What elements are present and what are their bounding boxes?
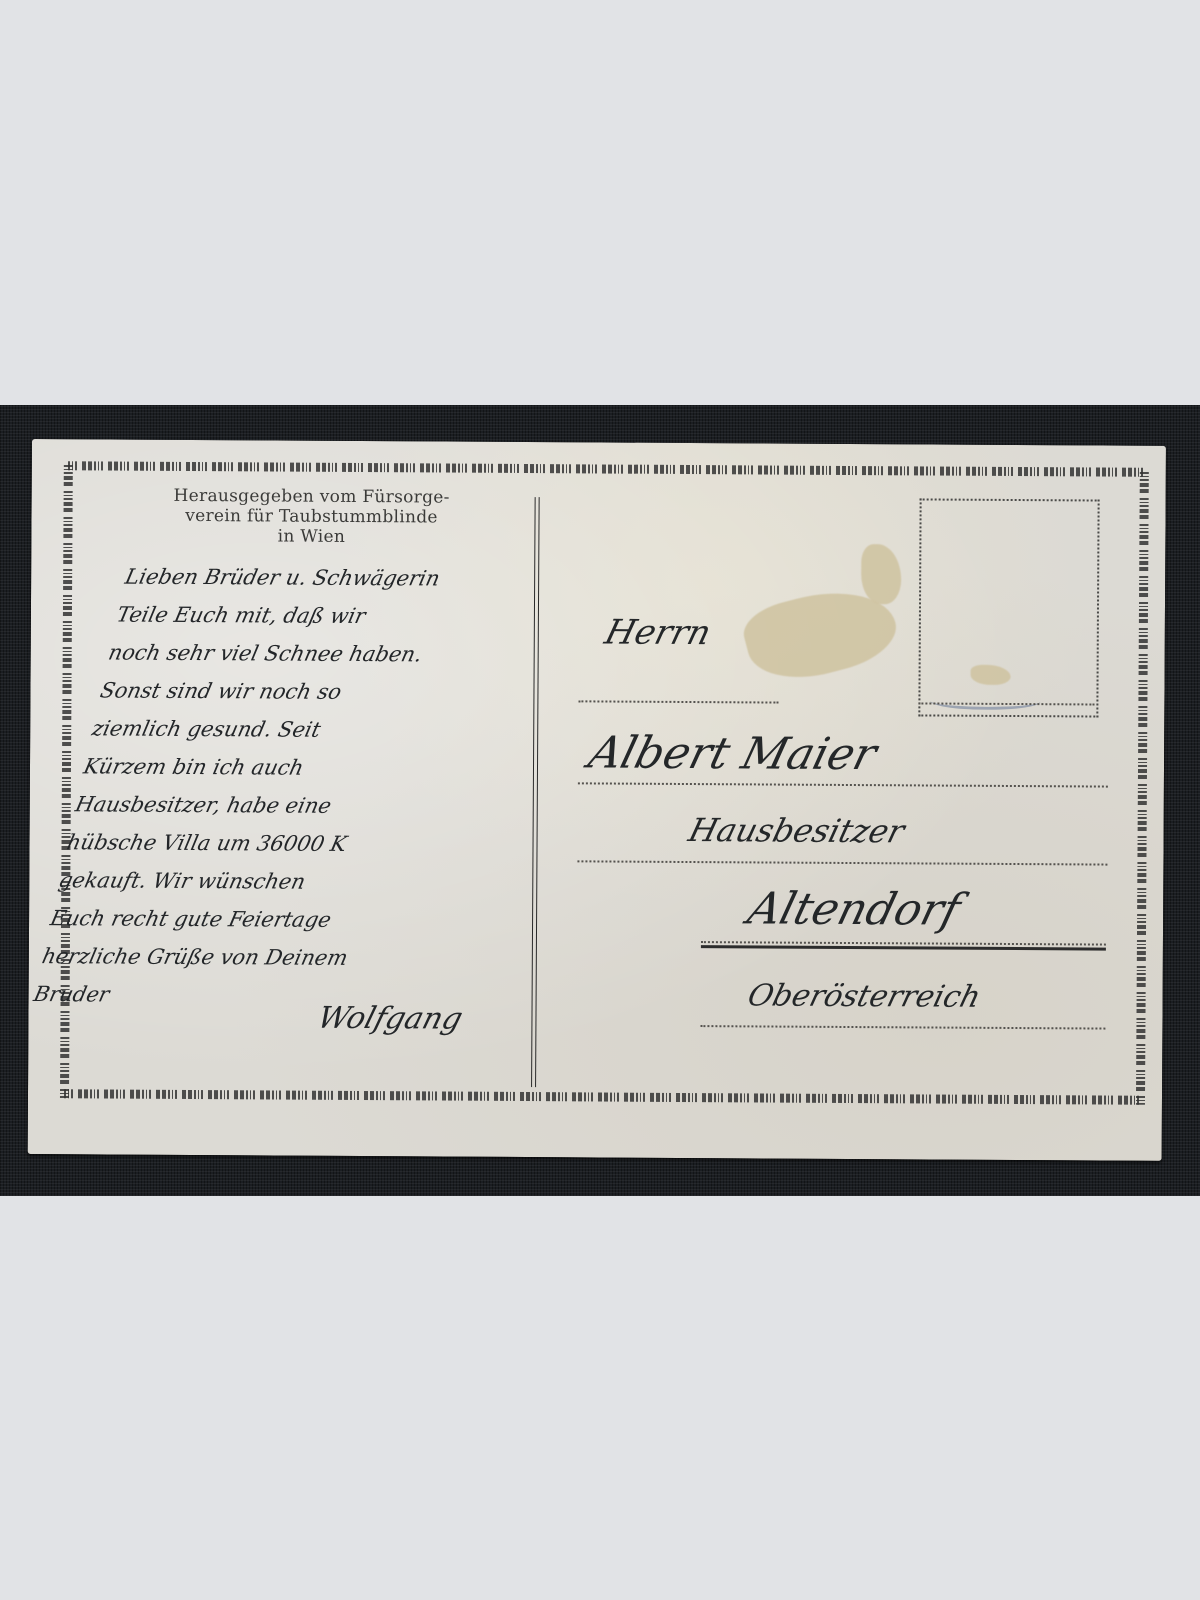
message-line: herzliche Grüße von Deinem bbox=[38, 937, 506, 978]
stamp-box bbox=[918, 498, 1099, 717]
address-region: Oberösterreich bbox=[744, 978, 984, 1014]
message-line: ziemlich gesund. Seit bbox=[88, 709, 556, 750]
postcard: Herausgegeben vom Fürsorge- verein für T… bbox=[28, 439, 1166, 1161]
address-town: Altendorf bbox=[743, 883, 966, 935]
message-line: Euch recht gute Feiertage bbox=[47, 899, 515, 940]
imprint-line-1: Herausgegeben vom Fürsorge- bbox=[102, 485, 522, 508]
publisher-imprint: Herausgegeben vom Fürsorge- verein für T… bbox=[101, 485, 521, 548]
message-line: gekauft. Wir wünschen bbox=[55, 861, 523, 902]
message-line: hübsche Villa um 36000 K bbox=[63, 823, 531, 864]
message-line: Lieben Brüder u. Schwägerin bbox=[121, 558, 589, 599]
border-bottom bbox=[64, 1089, 1144, 1105]
message-line: noch sehr viel Schnee haben. bbox=[105, 633, 573, 674]
stamp-residue bbox=[861, 544, 901, 604]
handwritten-message: Lieben Brüder u. Schwägerin Teile Euch m… bbox=[30, 558, 590, 1016]
address-occupation: Hausbesitzer bbox=[685, 811, 909, 850]
address-line-3 bbox=[577, 860, 1107, 865]
address-line-1 bbox=[578, 700, 778, 703]
address-line-5 bbox=[700, 1025, 1105, 1029]
address-salutation: Herrn bbox=[601, 613, 715, 654]
signature: Wolfgang bbox=[314, 1001, 467, 1037]
message-line: Kürzem bin ich auch bbox=[80, 747, 548, 788]
border-top bbox=[68, 461, 1148, 477]
address-underline bbox=[701, 945, 1106, 950]
message-line: Sonst sind wir noch so bbox=[97, 671, 565, 712]
border-right bbox=[1136, 468, 1149, 1105]
imprint-line-3: in Wien bbox=[101, 525, 521, 548]
imprint-line-2: verein für Taubstummblinde bbox=[101, 505, 521, 528]
message-line: Hausbesitzer, habe eine bbox=[72, 785, 540, 826]
address-name: Albert Maier bbox=[584, 727, 882, 780]
message-line: Teile Euch mit, daß wir bbox=[113, 596, 581, 637]
address-line-2 bbox=[578, 782, 1108, 787]
